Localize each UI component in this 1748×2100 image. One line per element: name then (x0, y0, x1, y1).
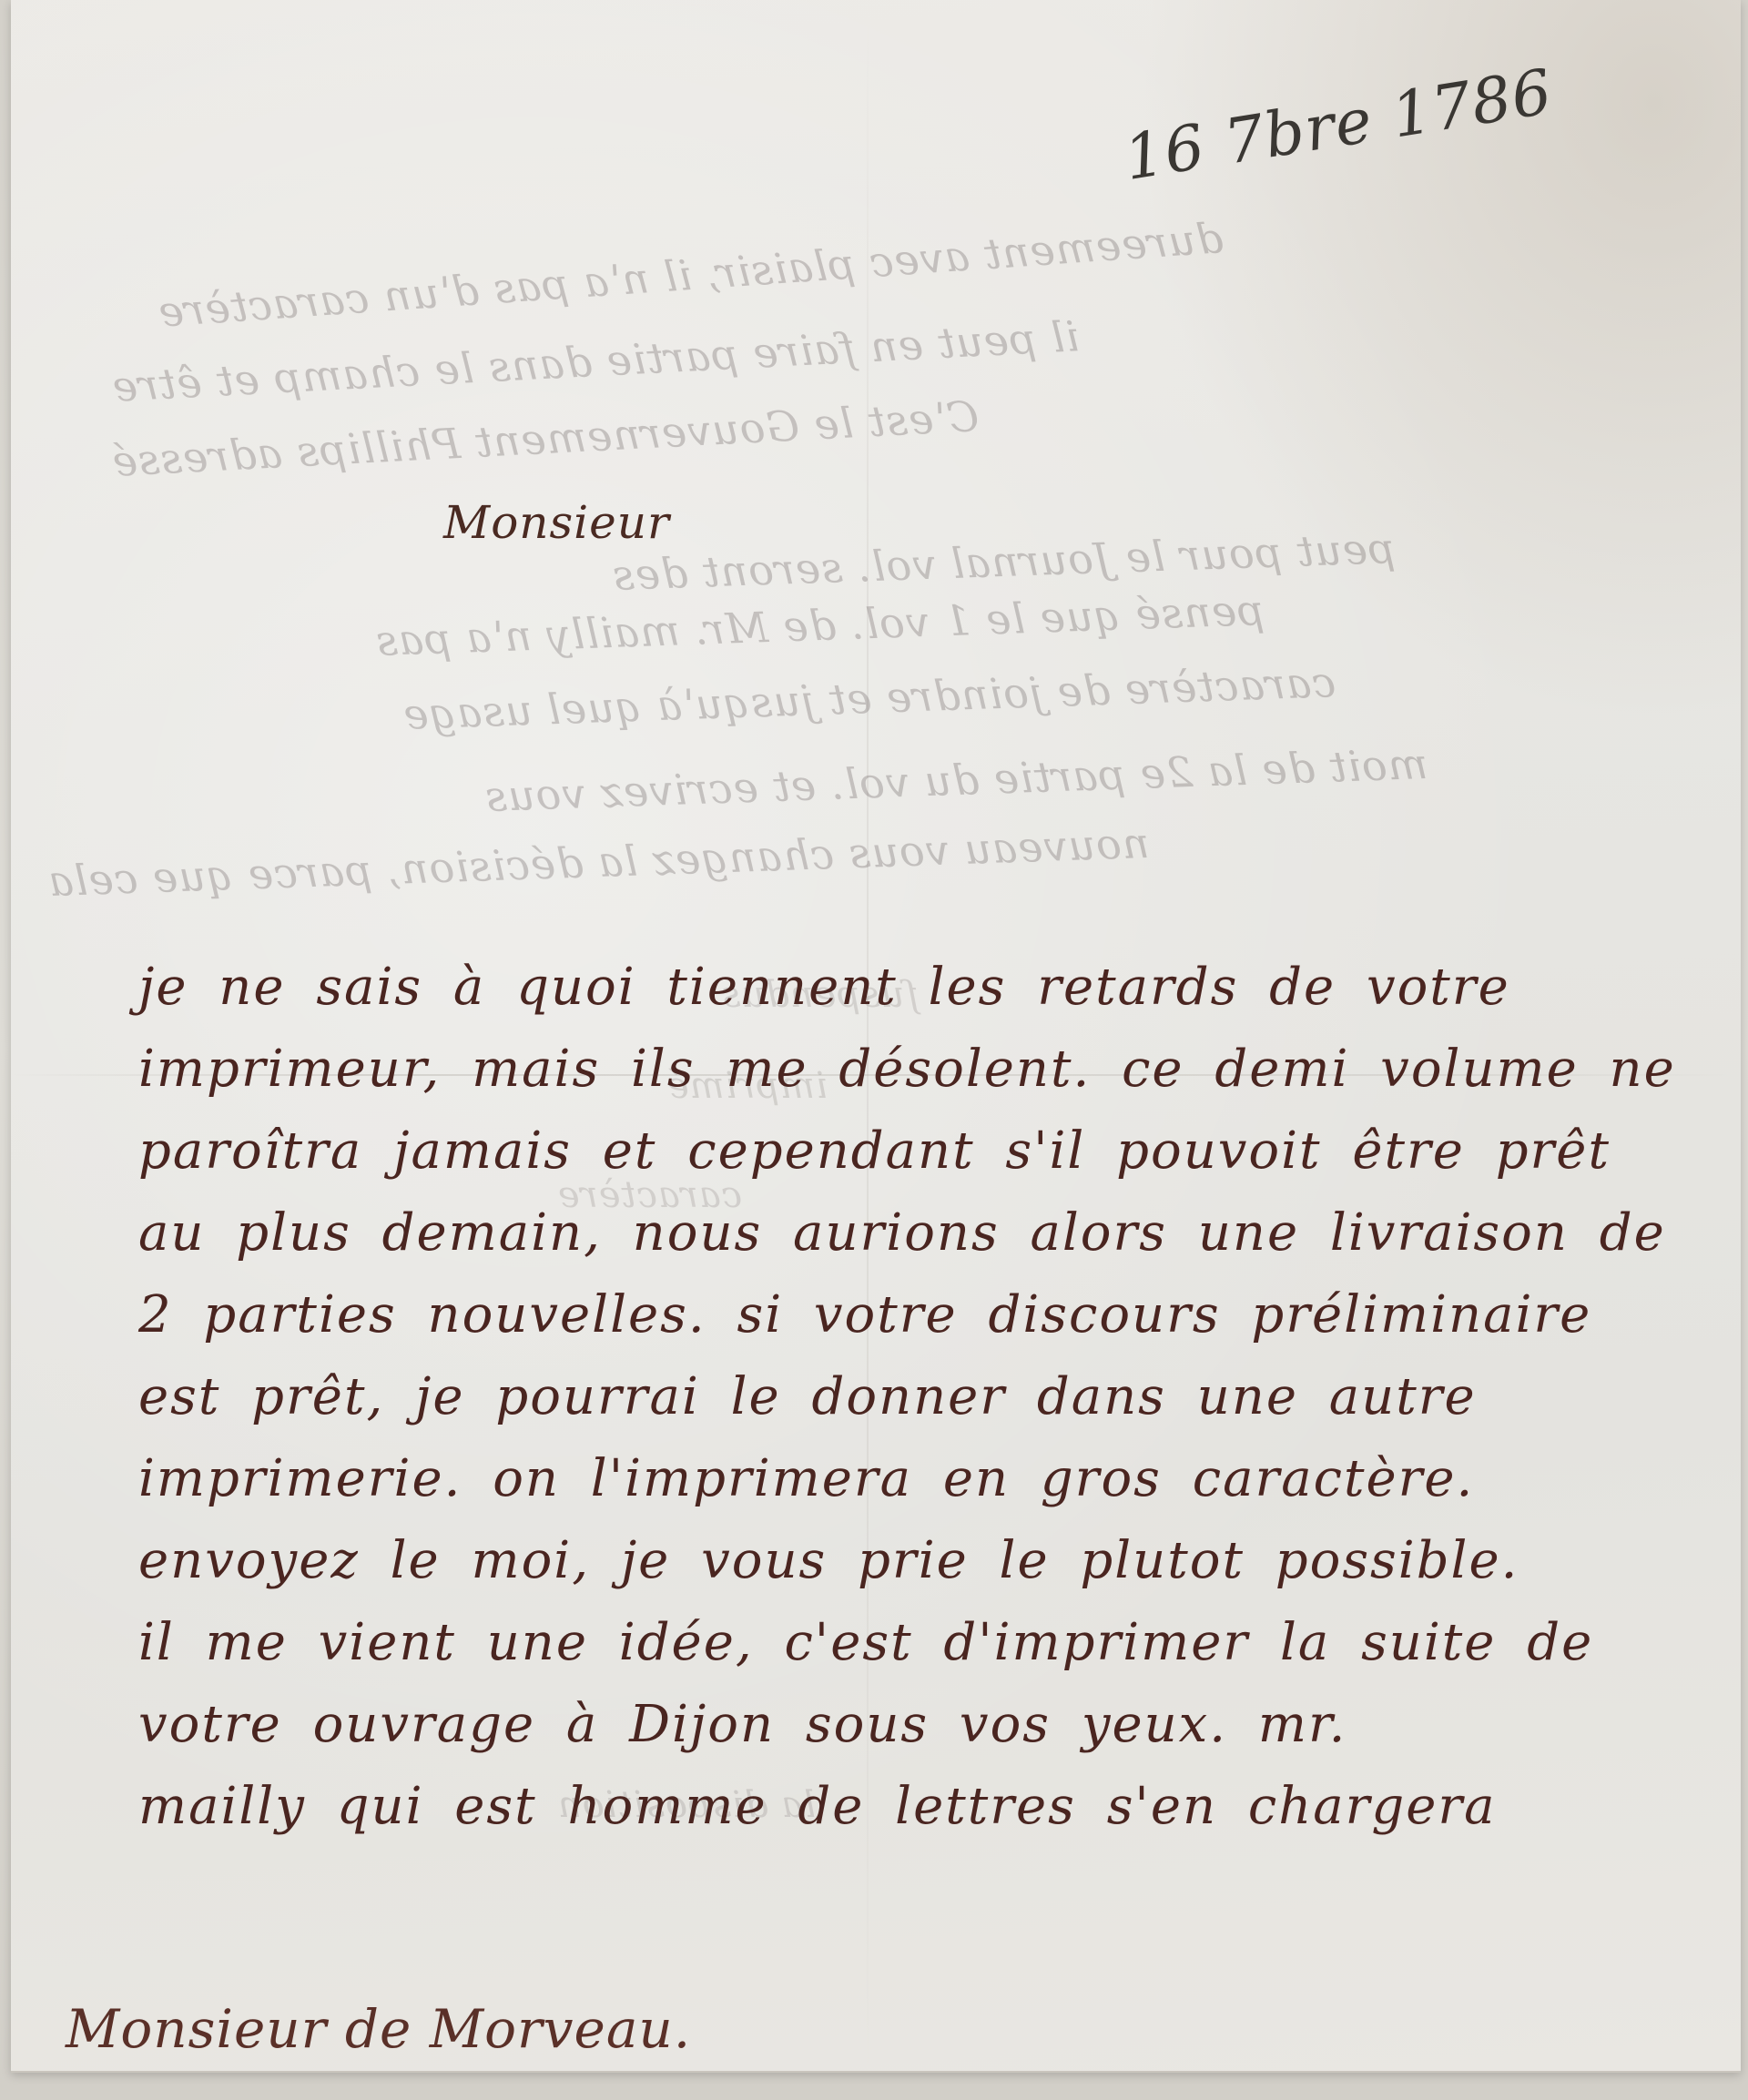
body-line: je ne sais à quoi tiennent les retards d… (138, 947, 1686, 1029)
body-line: est prêt, je pourrai le donner dans une … (138, 1356, 1686, 1438)
letter-sheet: dureement avec plaisir, il n'a pas d'un … (11, 0, 1741, 2073)
body-line: imprimeur, mais ils me désolent. ce demi… (138, 1029, 1686, 1111)
bleed-through-line: caractère de joindre et jusqu'à quel usa… (401, 657, 1336, 739)
body-line: 2 parties nouvelles. si votre discours p… (138, 1274, 1686, 1356)
salutation: Monsieur (443, 496, 670, 549)
bleed-through-line: pensé que le 1 vol. de Mr. mailly n'a pa… (374, 585, 1265, 665)
body-line: imprimerie. on l'imprimera en gros carac… (138, 1438, 1686, 1520)
bleed-through-line: peut pour le Journal vol. seront des (611, 523, 1396, 600)
body-line: paroîtra jamais et cependant s'il pouvoi… (138, 1111, 1686, 1192)
letter-body: je ne sais à quoi tiennent les retards d… (138, 947, 1686, 1848)
body-line: au plus demain, nous aurions alors une l… (138, 1192, 1686, 1274)
body-line: envoyez le moi, je vous prie le plutot p… (138, 1520, 1686, 1602)
bleed-through-line: C'est le Gouvernement Phillips adressé (110, 391, 980, 486)
bleed-through-line: moit de la 2e partie du vol. et ecrivez … (483, 739, 1428, 821)
addressee-line: Monsieur de Morveau. (66, 1998, 691, 2060)
body-line: votre ouvrage à Dijon sous vos yeux. mr. (138, 1684, 1686, 1766)
body-line: mailly qui est homme de lettres s'en cha… (138, 1766, 1686, 1848)
bleed-through-line: nouveau vous changez la décision, parce … (46, 818, 1150, 906)
body-line: il me vient une idée, c'est d'imprimer l… (138, 1602, 1686, 1684)
date-annotation: 16 7bre 1786 (1120, 56, 1558, 195)
